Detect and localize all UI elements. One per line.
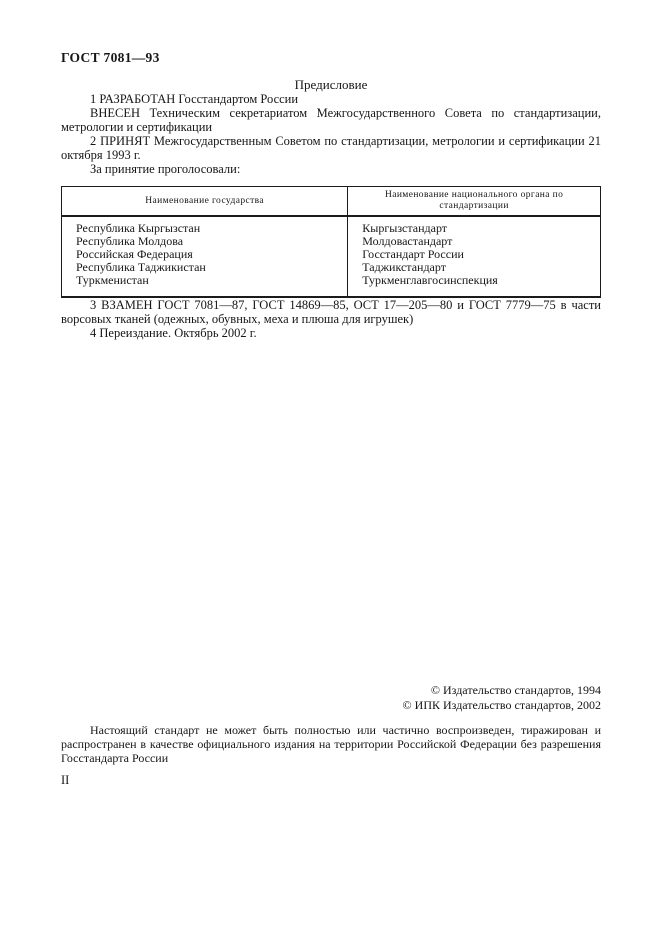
- column-header-national-body: Наименование национального органа по ста…: [348, 187, 601, 217]
- document-code: ГОСТ 7081—93: [61, 50, 601, 65]
- copyright-block: © Издательство стандартов, 1994 © ИПК Из…: [61, 683, 601, 712]
- vote-table-body: Республика Кыргызстан Кыргызстандарт Рес…: [62, 216, 601, 297]
- vote-table-header: Наименование государства Наименование на…: [62, 187, 601, 217]
- table-row: Республика Кыргызстан Кыргызстандарт: [62, 216, 601, 235]
- copyright-line-1994: © Издательство стандартов, 1994: [61, 683, 601, 698]
- paragraph-adopted-by: 2 ПРИНЯТ Межгосударственным Советом по с…: [61, 134, 601, 162]
- cell-state: Республика Молдова: [62, 235, 348, 248]
- vote-table: Наименование государства Наименование на…: [61, 186, 601, 298]
- document-page: ГОСТ 7081—93 Предисловие 1 РАЗРАБОТАН Го…: [0, 0, 661, 936]
- page-number: II: [61, 773, 601, 787]
- page-content: ГОСТ 7081—93 Предисловие 1 РАЗРАБОТАН Го…: [61, 0, 601, 787]
- paragraph-submitted-by: ВНЕСЕН Техническим секретариатом Межгосу…: [61, 106, 601, 134]
- cell-state: Российская Федерация: [62, 248, 348, 261]
- cell-state: Республика Кыргызстан: [62, 216, 348, 235]
- copyright-line-2002: © ИПК Издательство стандартов, 2002: [61, 698, 601, 713]
- table-row: Республика Молдова Молдовастандарт: [62, 235, 601, 248]
- cell-national-body: Туркменглавгосинспекция: [348, 274, 601, 297]
- vote-table-header-row: Наименование государства Наименование на…: [62, 187, 601, 217]
- cell-state: Туркменистан: [62, 274, 348, 297]
- paragraph-reissue: 4 Переиздание. Октябрь 2002 г.: [61, 326, 601, 340]
- cell-national-body: Молдовастандарт: [348, 235, 601, 248]
- cell-state: Республика Таджикистан: [62, 261, 348, 274]
- paragraph-developed-by: 1 РАЗРАБОТАН Госстандартом России: [61, 92, 601, 106]
- table-row: Туркменистан Туркменглавгосинспекция: [62, 274, 601, 297]
- restriction-notice: Настоящий стандарт не может быть полност…: [61, 723, 601, 765]
- column-header-state: Наименование государства: [62, 187, 348, 217]
- preface-title: Предисловие: [61, 77, 601, 92]
- cell-national-body: Кыргызстандарт: [348, 216, 601, 235]
- paragraph-replaces: 3 ВЗАМЕН ГОСТ 7081—87, ГОСТ 14869—85, ОС…: [61, 298, 601, 326]
- table-row: Республика Таджикистан Таджикстандарт: [62, 261, 601, 274]
- vote-intro-text: За принятие проголосовали:: [61, 162, 601, 176]
- table-row: Российская Федерация Госстандарт России: [62, 248, 601, 261]
- cell-national-body: Таджикстандарт: [348, 261, 601, 274]
- cell-national-body: Госстандарт России: [348, 248, 601, 261]
